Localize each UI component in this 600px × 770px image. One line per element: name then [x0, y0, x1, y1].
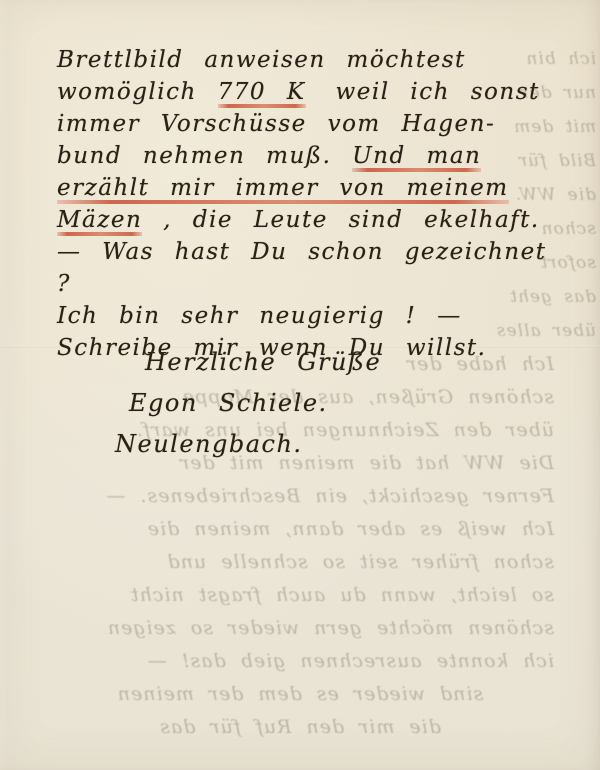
bleed-through-line: sind wieder es dem der meinen: [46, 678, 554, 711]
place-name: Neulengbach.: [115, 424, 381, 465]
handwritten-line: immer Vorschüsse vom Hagen-: [57, 108, 567, 140]
bleed-through-line: Ich weiß es aber dann, meinen die: [46, 513, 554, 546]
line-text: — Was hast Du schon gezeichnet ?: [57, 239, 567, 297]
letter-page: ich bin nur der mit dem Bild für die WW.…: [0, 0, 600, 770]
handwritten-line: Ich bin sehr neugierig ! —: [57, 300, 567, 332]
line-text: Brettlbild anweisen möchtest: [57, 47, 466, 73]
line-text: bund nehmen muß.: [57, 143, 352, 169]
handwritten-line: Mäzen , die Leute sind ekelhaft.: [57, 204, 567, 236]
handwritten-line: — Was hast Du schon gezeichnet ?: [57, 236, 567, 300]
line-text: weil ich sonst: [336, 79, 540, 105]
bleed-through-line: Ferner geschickt, ein Beschriebenes. —: [46, 480, 554, 513]
red-underlined-text: Mäzen: [57, 207, 142, 236]
salutation: Herzliche Grüße: [145, 342, 381, 383]
line-text: , die Leute sind ekelhaft.: [142, 207, 539, 233]
bleed-through-line: schon früher seit so schnelle und: [46, 546, 554, 579]
red-underlined-text: erzählt mir immer von meinem: [57, 175, 509, 204]
bleed-through-line: ich konnte ausrechnen gieb das! —: [46, 645, 554, 678]
red-underlined-text: Und man: [352, 143, 481, 172]
letter-body: Brettlbild anweisen möchtest womöglich 7…: [57, 44, 567, 364]
closing-block: Herzliche Grüße Egon Schiele. Neulengbac…: [57, 342, 381, 465]
red-underlined-text: 770 K: [218, 79, 306, 108]
bleed-through-line: schönen möchte gern wieder so zeigen: [46, 612, 554, 645]
bleed-through-line: die mir den Ruf für das: [46, 711, 554, 744]
line-text: womöglich: [57, 79, 218, 105]
handwritten-line: Brettlbild anweisen möchtest: [57, 44, 567, 76]
handwritten-line: bund nehmen muß. Und man: [57, 140, 567, 172]
signature: Egon Schiele.: [129, 383, 381, 424]
handwritten-line: erzählt mir immer von meinem: [57, 172, 567, 204]
line-text: Ich bin sehr neugierig ! —: [57, 303, 462, 329]
bleed-through-line: so leicht, wann du auch fragst nicht: [46, 579, 554, 612]
handwritten-line: womöglich 770 Kweil ich sonst: [57, 76, 567, 108]
line-text: immer Vorschüsse vom Hagen-: [57, 111, 495, 137]
